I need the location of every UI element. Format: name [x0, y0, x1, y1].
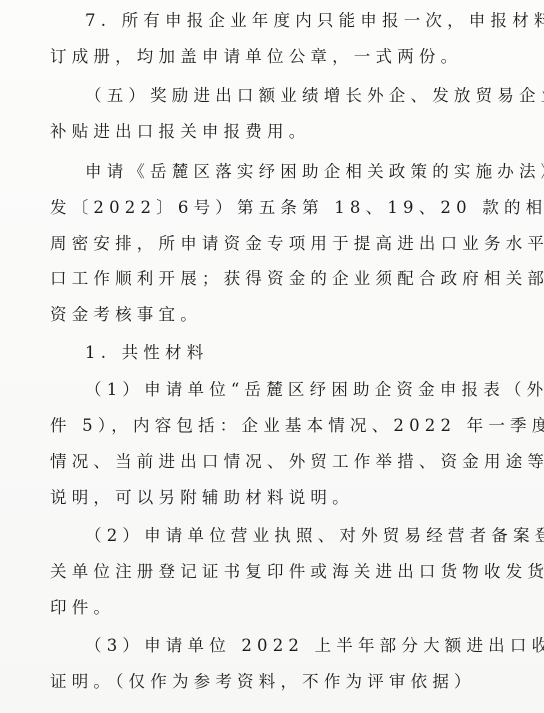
material-3-line-2: 证明。（仅作为参考资料，不作为评审依据） — [50, 667, 522, 697]
policy-paragraph-line-1: 申请《岳麓区落实纾困助企相关政策的实施办法》（岳政办 — [85, 157, 522, 187]
material-3-line-1: （3）申请单位 2022 上半年部分大额进出口收付汇证明、完税 — [85, 631, 522, 661]
material-2-line-2: 关单位注册登记证书复印件或海关进出口货物收发货人备案回执复 — [50, 557, 522, 587]
section-5-heading-line-1: （五）奖励进出口额业绩增长外企、发放贸易企业物流奖励、 — [85, 81, 522, 111]
policy-paragraph-line-2: 发〔2022〕6号）第五条第 18、19、20 款的相关企业要高度重视、 — [50, 193, 522, 223]
material-2-line-1: （2）申请单位营业执照、对外贸易经营者备案登记、海关报 — [85, 521, 522, 551]
policy-paragraph-line-5: 资金考核事宜。 — [50, 300, 522, 330]
material-1-line-3: 情况、当前进出口情况、外贸工作举措、资金用途等，并用数据 — [50, 447, 522, 477]
policy-paragraph-line-4: 口工作顺利开展；获得资金的企业须配合政府相关部门做好后期 — [50, 264, 522, 294]
material-1-line-1: （1）申请单位“岳麓区纾困助企资金申报表（外贸）”（附 — [85, 375, 522, 405]
material-1-line-2: 件 5），内容包括：企业基本情况、2022 年一季度、二季度进出口 — [50, 411, 522, 441]
common-materials-heading: 1. 共性材料 — [85, 338, 522, 368]
material-1-line-4: 说明，可以另附辅助材料说明。 — [50, 483, 522, 513]
material-2-line-3: 印件。 — [50, 593, 522, 623]
section-5-heading-line-2: 补贴进出口报关申报费用。 — [50, 117, 522, 147]
document-page: 7. 所有申报企业年度内只能申报一次，申报材料需完备并装 订成册，均加盖申请单位… — [0, 0, 544, 713]
item-7-line-2: 订成册，均加盖申请单位公章，一式两份。 — [50, 42, 522, 72]
item-7-line-1: 7. 所有申报企业年度内只能申报一次，申报材料需完备并装 — [85, 6, 522, 36]
policy-paragraph-line-3: 周密安排，所申请资金专项用于提高进出口业务水平，确保进出 — [50, 229, 522, 259]
